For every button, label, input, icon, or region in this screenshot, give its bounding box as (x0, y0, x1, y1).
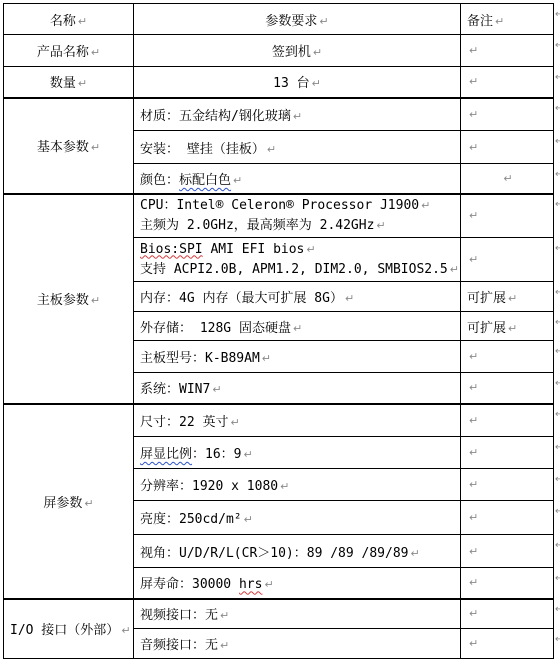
paragraph-mark-icon: ↵ (469, 637, 478, 650)
paragraph-mark-icon: ↵ (411, 547, 420, 560)
row-end-mark-icon: ↵ (555, 169, 560, 181)
param-text: 屏寿命：30000 (140, 577, 239, 592)
remark-cell[interactable]: ↵ (461, 568, 554, 599)
document-page: { "colors": { "border": "#000000", "gram… (0, 0, 560, 661)
group-label-cell-io[interactable]: I/O 接口（外部）↵ (4, 599, 134, 659)
paragraph-mark-icon: ↵ (312, 77, 321, 90)
row-end-mark-icon: ↵ (555, 506, 560, 518)
param-cell[interactable]: 外存储： 128G 固态硬盘↵ (134, 312, 461, 341)
spec-table: 名称↵ 参数要求↵ 备注↵ 产品名称↵ 签到机↵ ↵ 数量↵ 13 台↵ ↵ 基… (3, 3, 554, 659)
paragraph-mark-icon: ↵ (345, 292, 354, 305)
name-cell[interactable]: 产品名称↵ (4, 35, 134, 67)
paragraph-mark-icon: ↵ (78, 77, 87, 90)
param-cell[interactable]: 屏显比例：16：9↵ (134, 437, 461, 469)
row-end-mark-icon: ↵ (555, 40, 560, 52)
remark-text: 可扩展 (467, 321, 506, 336)
remark-cell[interactable]: ↵ (461, 501, 554, 535)
paragraph-mark-icon: ↵ (264, 578, 273, 591)
paragraph-mark-icon: ↵ (421, 199, 430, 212)
header-name-cell[interactable]: 名称↵ (4, 4, 134, 35)
remark-cell[interactable]: ↵ (461, 599, 554, 629)
param-cell[interactable]: 音频接口：无↵ (134, 629, 461, 659)
param-cell[interactable]: 13 台↵ (134, 67, 461, 98)
paragraph-mark-icon: ↵ (469, 75, 478, 88)
paragraph-mark-icon: ↵ (469, 108, 478, 121)
param-text: 支持 ACPI2.0B, APM1.2, DIM2.0, SMBIOS2.5 (140, 262, 448, 277)
group-label: 屏参数 (43, 496, 82, 511)
paragraph-mark-icon: ↵ (84, 497, 93, 510)
paragraph-mark-icon: ↵ (469, 511, 478, 524)
param-text-spell-flagged: Bios:SPI (140, 242, 203, 257)
param-cell[interactable]: 主板型号：K-B89AM↵ (134, 341, 461, 373)
paragraph-mark-icon: ↵ (503, 172, 512, 185)
param-cell[interactable]: Bios:SPI AMI EFI bios↵ 支持 ACPI2.0B, APM1… (134, 238, 461, 282)
header-name-label: 名称 (50, 14, 76, 29)
header-remark-label: 备注 (467, 14, 493, 29)
remark-cell[interactable]: ↵ (461, 341, 554, 373)
paragraph-mark-icon: ↵ (244, 448, 253, 461)
row-label: 产品名称 (37, 45, 89, 60)
param-cell[interactable]: 材质：五金结构/钢化玻璃↵ (134, 98, 461, 131)
paragraph-mark-icon: ↵ (233, 174, 242, 187)
paragraph-mark-icon: ↵ (450, 263, 459, 276)
param-cell[interactable]: 安装： 壁挂（挂板）↵ (134, 131, 461, 164)
paragraph-mark-icon: ↵ (469, 44, 478, 57)
param-text: CPU：Intel® Celeron® Processor J1900 (140, 198, 419, 213)
param-cell[interactable]: 分辨率：1920 x 1080↵ (134, 469, 461, 501)
param-text-grammar-flagged: 标配白色 (179, 173, 231, 188)
row-end-mark-icon: ↵ (555, 474, 560, 486)
remark-cell[interactable]: ↵ (461, 404, 554, 437)
paragraph-mark-icon: ↵ (91, 141, 100, 154)
param-text: 签到机 (272, 45, 311, 60)
remark-text: 可扩展 (467, 291, 506, 306)
param-text: 视频接口：无 (140, 608, 218, 623)
param-cell[interactable]: 屏寿命：30000 hrs↵ (134, 568, 461, 599)
param-cell[interactable]: 系统：WIN7↵ (134, 373, 461, 404)
paragraph-mark-icon: ↵ (469, 545, 478, 558)
paragraph-mark-icon: ↵ (306, 243, 315, 256)
remark-cell[interactable]: ↵ (461, 437, 554, 469)
paragraph-mark-icon: ↵ (469, 381, 478, 394)
remark-cell[interactable]: 可扩展↵ (461, 282, 554, 312)
row-end-mark-icon: ↵ (555, 634, 560, 646)
paragraph-mark-icon: ↵ (508, 292, 517, 305)
paragraph-mark-icon: ↵ (262, 352, 271, 365)
param-text: 主板型号：K-B89AM (140, 351, 260, 366)
remark-cell[interactable]: ↵ (461, 373, 554, 404)
group-label: I/O 接口（外部） (10, 623, 119, 638)
row-end-mark-icon: ↵ (555, 409, 560, 421)
param-text: 颜色： (140, 173, 179, 188)
param-cell[interactable]: 尺寸：22 英寸↵ (134, 404, 461, 437)
row-end-mark-icon: ↵ (555, 346, 560, 358)
paragraph-mark-icon: ↵ (91, 294, 100, 307)
paragraph-mark-icon: ↵ (469, 209, 478, 222)
param-text: 分辨率：1920 x 1080 (140, 479, 278, 494)
row-end-mark-icon: ↵ (555, 9, 560, 21)
group-label-cell-basic[interactable]: 基本参数↵ (4, 98, 134, 194)
param-cell[interactable]: 视角：U/D/R/L(CR＞10)：89 /89 /89/89↵ (134, 535, 461, 568)
remark-cell[interactable]: ↵ (461, 238, 554, 282)
paragraph-mark-icon: ↵ (469, 253, 478, 266)
group-label: 基本参数 (37, 140, 89, 155)
group-label-cell-motherboard[interactable]: 主板参数↵ (4, 194, 134, 404)
remark-cell[interactable]: ↵ (461, 35, 554, 67)
paragraph-mark-icon: ↵ (121, 624, 130, 637)
param-text: 内存：4G 内存（最大可扩展 8G） (140, 291, 343, 306)
row-end-mark-icon: ↵ (555, 199, 560, 211)
paragraph-mark-icon: ↵ (376, 219, 385, 232)
param-text: 音频接口：无 (140, 638, 218, 653)
row-end-mark-icon: ↵ (555, 378, 560, 390)
paragraph-mark-icon: ↵ (293, 322, 302, 335)
param-text: 尺寸：22 英寸 (140, 415, 228, 430)
paragraph-mark-icon: ↵ (495, 15, 504, 28)
param-text: 亮度：250cd/m² (140, 512, 242, 527)
param-text: 13 台 (273, 76, 309, 91)
paragraph-mark-icon: ↵ (469, 478, 478, 491)
paragraph-mark-icon: ↵ (78, 15, 87, 28)
remark-cell[interactable]: ↵ (461, 164, 554, 194)
param-text-grammar-flagged: 屏显比例 (140, 447, 192, 462)
param-text: 系统：WIN7 (140, 382, 210, 397)
row-end-mark-icon: ↵ (555, 604, 560, 616)
param-text-spell-flagged: hrs (239, 577, 262, 592)
paragraph-mark-icon: ↵ (469, 414, 478, 427)
paragraph-mark-icon: ↵ (267, 143, 276, 156)
remark-cell[interactable]: ↵ (461, 67, 554, 98)
remark-cell[interactable]: ↵ (461, 98, 554, 131)
remark-cell[interactable]: ↵ (461, 535, 554, 568)
remark-cell[interactable]: ↵ (461, 194, 554, 238)
param-text: 材质：五金结构/钢化玻璃 (140, 109, 291, 124)
param-text: 安装： 壁挂（挂板） (140, 142, 265, 157)
row-end-mark-icon: ↵ (555, 72, 560, 84)
remark-cell[interactable]: 可扩展↵ (461, 312, 554, 341)
row-end-mark-icon: ↵ (555, 573, 560, 585)
paragraph-mark-icon: ↵ (220, 609, 229, 622)
group-label-cell-screen[interactable]: 屏参数↵ (4, 404, 134, 599)
param-cell[interactable]: 签到机↵ (134, 35, 461, 67)
paragraph-mark-icon: ↵ (244, 513, 253, 526)
param-cell[interactable]: 内存：4G 内存（最大可扩展 8G）↵ (134, 282, 461, 312)
param-cell[interactable]: 视频接口：无↵ (134, 599, 461, 629)
header-params-label: 参数要求 (265, 14, 317, 29)
paragraph-mark-icon: ↵ (91, 46, 100, 59)
name-cell[interactable]: 数量↵ (4, 67, 134, 98)
param-text: ：16：9 (192, 447, 241, 462)
row-end-mark-icon: ↵ (555, 540, 560, 552)
remark-cell[interactable]: ↵ (461, 469, 554, 501)
paragraph-mark-icon: ↵ (469, 446, 478, 459)
paragraph-mark-icon: ↵ (313, 46, 322, 59)
header-params-cell[interactable]: 参数要求↵ (134, 4, 461, 35)
param-cell[interactable]: 亮度：250cd/m²↵ (134, 501, 461, 535)
row-end-mark-icon: ↵ (555, 317, 560, 329)
header-remark-cell[interactable]: 备注↵ (461, 4, 554, 35)
paragraph-mark-icon: ↵ (220, 639, 229, 652)
row-end-mark-icon: ↵ (555, 287, 560, 299)
row-end-mark-icon: ↵ (555, 243, 560, 255)
row-end-mark-icon: ↵ (555, 136, 560, 148)
param-text: 视角：U/D/R/L(CR＞10)：89 /89 /89/89 (140, 546, 409, 561)
param-text: 外存储： 128G 固态硬盘 (140, 321, 291, 336)
paragraph-mark-icon: ↵ (508, 322, 517, 335)
remark-cell[interactable]: ↵ (461, 629, 554, 659)
remark-cell[interactable]: ↵ (461, 131, 554, 164)
param-text: 主频为 2.0GHz，最高频率为 2.42GHz (140, 218, 374, 233)
paragraph-mark-icon: ↵ (230, 416, 239, 429)
paragraph-mark-icon: ↵ (280, 480, 289, 493)
paragraph-mark-icon: ↵ (319, 15, 328, 28)
param-cell[interactable]: 颜色：标配白色↵ (134, 164, 461, 194)
paragraph-mark-icon: ↵ (469, 607, 478, 620)
paragraph-mark-icon: ↵ (469, 576, 478, 589)
paragraph-mark-icon: ↵ (469, 350, 478, 363)
param-cell[interactable]: CPU：Intel® Celeron® Processor J1900↵ 主频为… (134, 194, 461, 238)
param-text: AMI EFI bios (203, 242, 305, 257)
paragraph-mark-icon: ↵ (212, 383, 221, 396)
row-end-mark-icon: ↵ (555, 103, 560, 115)
paragraph-mark-icon: ↵ (293, 110, 302, 123)
row-end-mark-icon: ↵ (555, 442, 560, 454)
paragraph-mark-icon: ↵ (469, 141, 478, 154)
row-label: 数量 (50, 76, 76, 91)
group-label: 主板参数 (37, 293, 89, 308)
